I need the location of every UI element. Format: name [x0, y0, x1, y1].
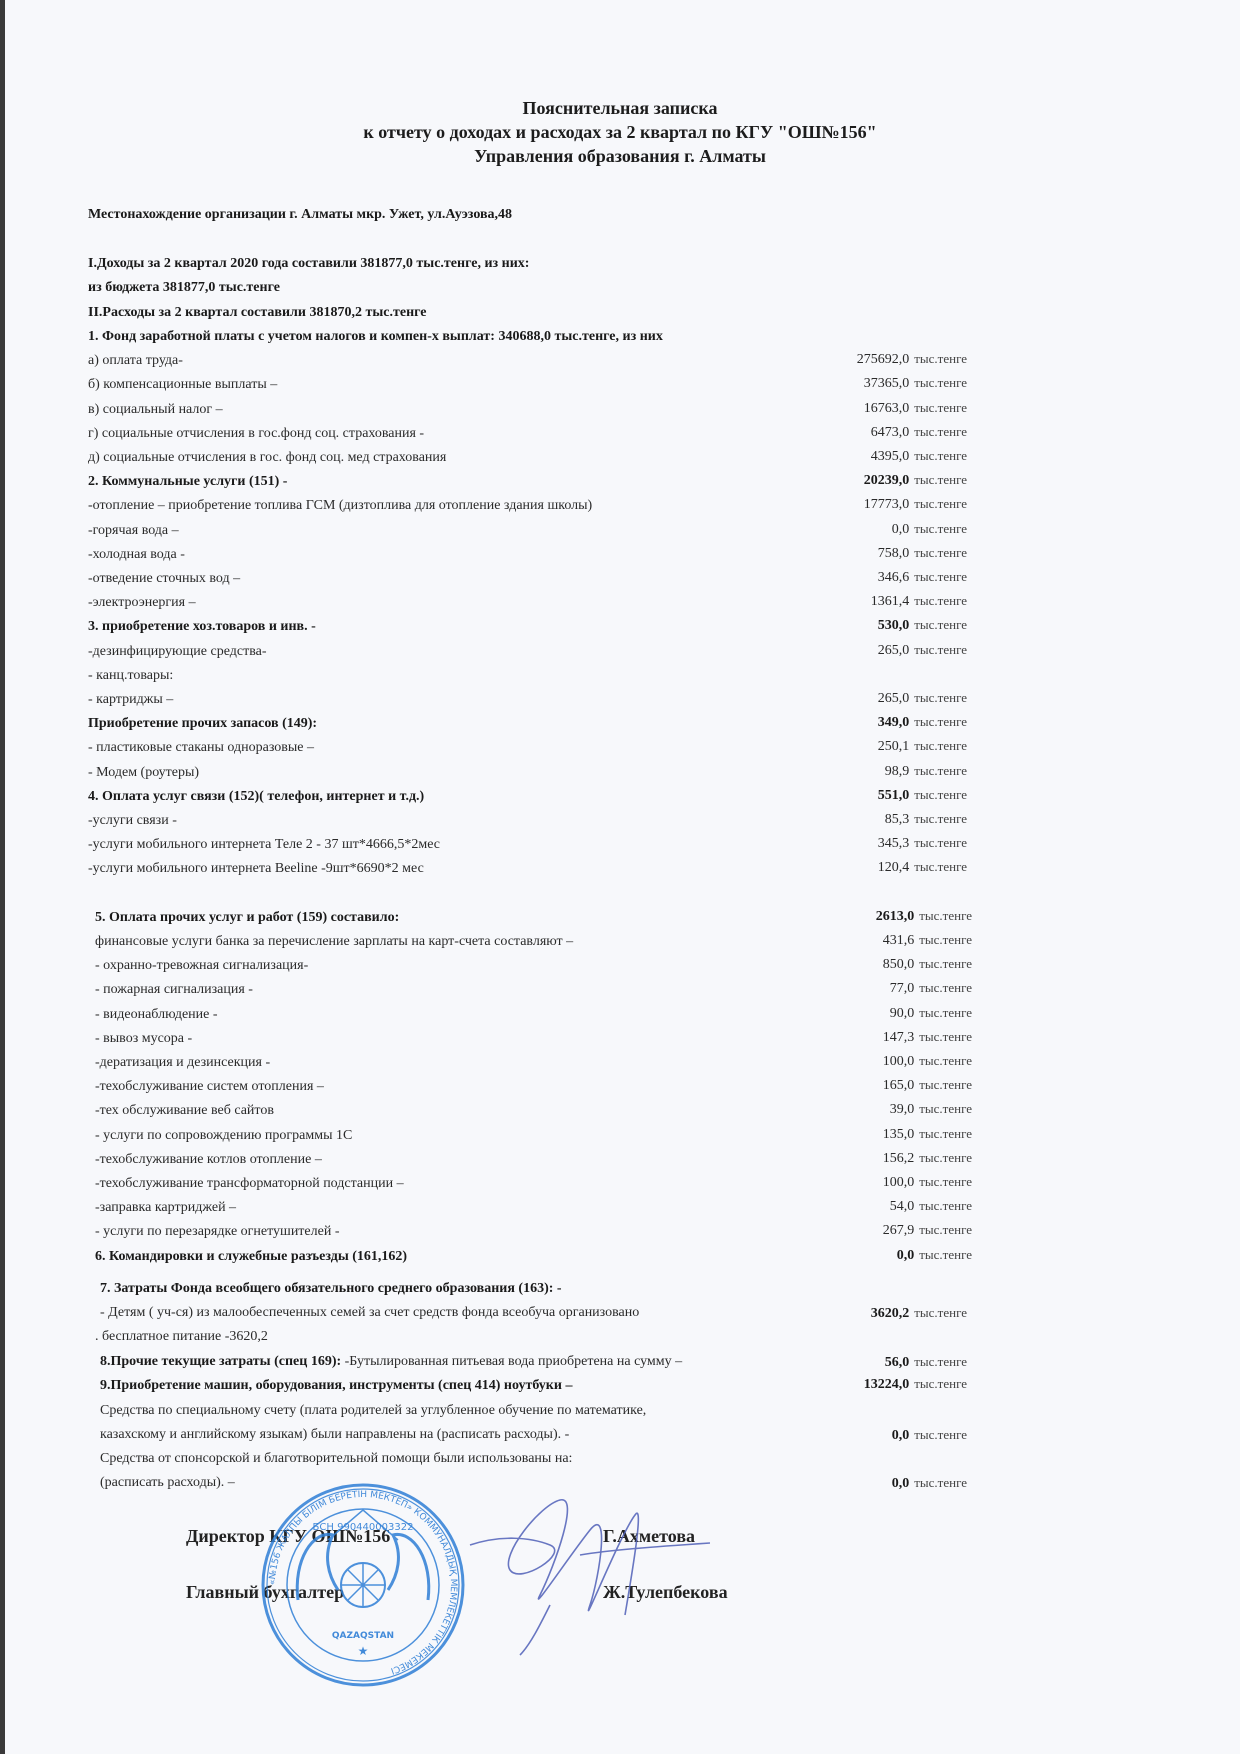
expense-row-label: в) социальный налог –: [88, 402, 223, 418]
special-account-line1: Средства по специальному счету (плата ро…: [100, 1403, 646, 1419]
expense-row-label: - пластиковые стаканы одноразовые –: [88, 740, 314, 756]
expense-row-amount: 17773,0тыс.тенге: [864, 496, 967, 513]
expense-row-amount: 267,9тыс.тенге: [883, 1222, 972, 1239]
expense-row-label: -тех обслуживание веб сайтов: [95, 1103, 274, 1119]
sponsorship-amount: 0,0тыс.тенге: [892, 1475, 967, 1492]
expense-row-label: -услуги мобильного интернета Теле 2 - 37…: [88, 837, 440, 853]
expense-row-amount: 147,3тыс.тенге: [883, 1029, 972, 1046]
expense-row-amount: 530,0тыс.тенге: [878, 617, 967, 634]
expense-row-amount: 20239,0тыс.тенге: [864, 472, 967, 489]
expense-row-label: д) социальные отчисления в гос. фонд соц…: [88, 450, 446, 466]
document-subtitle: к отчету о доходах и расходах за 2 кварт…: [0, 122, 1240, 143]
expense-row-label: Приобретение прочих запасов (149):: [88, 716, 317, 732]
expense-row-label: -отведение сточных вод –: [88, 571, 240, 587]
expense-row-label: - канц.товары:: [88, 668, 173, 684]
expense-row-label: а) оплата труда-: [88, 353, 183, 369]
section8-line: 8.Прочие текущие затраты (спец 169): -Бу…: [100, 1354, 682, 1370]
expense-row-amount: 4395,0тыс.тенге: [871, 448, 967, 465]
expense-row-label: - Модем (роутеры): [88, 765, 199, 781]
expense-row-amount: 551,0тыс.тенге: [878, 787, 967, 804]
section9-title: 9.Приобретение машин, оборудования, инст…: [100, 1378, 572, 1394]
expense-row-label: - вывоз мусора -: [95, 1031, 192, 1047]
expense-row-amount: 120,4тыс.тенге: [878, 859, 967, 876]
expense-row-label: -услуги мобильного интернета Beeline -9ш…: [88, 861, 424, 877]
expense-row-amount: 346,6тыс.тенге: [878, 569, 967, 586]
expense-row-label: -отопление – приобретение топлива ГСМ (д…: [88, 498, 592, 514]
expense-row-amount: 431,6тыс.тенге: [883, 932, 972, 949]
svg-text:QAZAQSTAN: QAZAQSTAN: [332, 1631, 394, 1641]
document-subtitle-organization: Управления образования г. Алматы: [0, 146, 1240, 167]
expense-row-label: финансовые услуги банка за перечисление …: [95, 934, 573, 950]
expense-row-amount: 100,0тыс.тенге: [883, 1053, 972, 1070]
expense-row-label: - услуги по перезарядке огнетушителей -: [95, 1224, 340, 1240]
expense-row-label: -техобслуживание котлов отопление –: [95, 1152, 322, 1168]
expense-row-amount: 156,2тыс.тенге: [883, 1150, 972, 1167]
expense-row-amount: 1361,4тыс.тенге: [871, 593, 967, 610]
section8-amount: 56,0тыс.тенге: [885, 1354, 967, 1371]
expense-row-amount: 135,0тыс.тенге: [883, 1126, 972, 1143]
section9-amount: 13224,0тыс.тенге: [864, 1376, 967, 1393]
official-stamp-icon: «№156 ЖАЛПЫ БІЛІМ БЕРЕТІН МЕКТЕП» КОММУН…: [258, 1480, 468, 1690]
expense-row-amount: 39,0тыс.тенге: [890, 1101, 972, 1118]
expense-row-label: 1. Фонд заработной платы с учетом налого…: [88, 329, 663, 345]
expense-row-amount: 265,0тыс.тенге: [878, 642, 967, 659]
expense-row-label: -техобслуживание систем отопления –: [95, 1079, 324, 1095]
handwritten-signature-icon: [460, 1475, 730, 1675]
expense-row-label: -услуги связи -: [88, 813, 177, 829]
expense-row-label: 6. Командировки и служебные разъезды (16…: [95, 1249, 407, 1265]
expense-row-label: 4. Оплата услуг связи (152)( телефон, ин…: [88, 789, 424, 805]
expense-row-amount: 2613,0тыс.тенге: [876, 908, 972, 925]
sponsorship-line2: (расписать расходы). –: [100, 1475, 235, 1491]
expense-row-amount: 165,0тыс.тенге: [883, 1077, 972, 1094]
expense-row-amount: 275692,0тыс.тенге: [857, 351, 967, 368]
expense-row-label: - пожарная сигнализация -: [95, 982, 253, 998]
expense-row-label: -техобслуживание трансформаторной подста…: [95, 1176, 404, 1192]
expense-row-amount: 758,0тыс.тенге: [878, 545, 967, 562]
sponsorship-line1: Средства от спонсорской и благотворитель…: [100, 1451, 572, 1467]
expense-row-amount: 850,0тыс.тенге: [883, 956, 972, 973]
expense-row-amount: 16763,0тыс.тенге: [864, 400, 967, 417]
section7-line1: - Детям ( уч-ся) из малообеспеченных сем…: [100, 1305, 639, 1321]
expenses-header: II.Расходы за 2 квартал составили 381870…: [88, 305, 427, 321]
expense-row-label: г) социальные отчисления в гос.фонд соц.…: [88, 426, 424, 442]
section7-line2: . бесплатное питание -3620,2: [95, 1329, 268, 1345]
expense-row-amount: 77,0тыс.тенге: [890, 980, 972, 997]
expense-row-label: -холодная вода -: [88, 547, 185, 563]
expense-row-label: - услуги по сопровождению программы 1С: [95, 1128, 352, 1144]
expense-row-label: -заправка картриджей –: [95, 1200, 236, 1216]
income-budget-line: из бюджета 381877,0 тыс.тенге: [88, 280, 280, 296]
expense-row-label: -дератизация и дезинсекция -: [95, 1055, 270, 1071]
expense-row-amount: 54,0тыс.тенге: [890, 1198, 972, 1215]
expense-row-amount: 0,0тыс.тенге: [892, 521, 967, 538]
expense-row-amount: 345,3тыс.тенге: [878, 835, 967, 852]
section7-title: 7. Затраты Фонда всеобщего обязательного…: [100, 1281, 562, 1297]
svg-text:★: ★: [358, 1644, 369, 1658]
expense-row-amount: 349,0тыс.тенге: [878, 714, 967, 731]
expense-row-label: - картриджы –: [88, 692, 173, 708]
special-account-amount: 0,0тыс.тенге: [892, 1427, 967, 1444]
income-line: I.Доходы за 2 квартал 2020 года составил…: [88, 256, 529, 272]
expense-row-label: 5. Оплата прочих услуг и работ (159) сос…: [95, 910, 399, 926]
expense-row-label: -горячая вода –: [88, 523, 179, 539]
expense-row-amount: 90,0тыс.тенге: [890, 1005, 972, 1022]
expense-row-label: 2. Коммунальные услуги (151) -: [88, 474, 287, 490]
expense-row-label: б) компенсационные выплаты –: [88, 377, 277, 393]
expense-row-amount: 0,0тыс.тенге: [897, 1247, 972, 1264]
expense-row-amount: 250,1тыс.тенге: [878, 738, 967, 755]
expense-row-amount: 265,0тыс.тенге: [878, 690, 967, 707]
document-title: Пояснительная записка: [0, 98, 1240, 119]
expense-row-amount: 37365,0тыс.тенге: [864, 375, 967, 392]
section7-amount: 3620,2тыс.тенге: [871, 1305, 967, 1322]
expense-row-amount: 98,9тыс.тенге: [885, 763, 967, 780]
expense-row-amount: 6473,0тыс.тенге: [871, 424, 967, 441]
expense-row-label: - видеонаблюдение -: [95, 1007, 218, 1023]
expense-row-label: - охранно-тревожная сигнализация-: [95, 958, 308, 974]
expense-row-label: -электроэнергия –: [88, 595, 196, 611]
svg-text:БСН 990440003322: БСН 990440003322: [313, 1522, 414, 1533]
expense-row-label: -дезинфицирующие средства-: [88, 644, 267, 660]
expense-row-label: 3. приобретение хоз.товаров и инв. -: [88, 619, 316, 635]
expense-row-amount: 100,0тыс.тенге: [883, 1174, 972, 1191]
expense-row-amount: 85,3тыс.тенге: [885, 811, 967, 828]
location-line: Местонахождение организации г. Алматы мк…: [88, 207, 512, 223]
special-account-line2: казахскому и английскому языкам) были на…: [100, 1427, 569, 1443]
